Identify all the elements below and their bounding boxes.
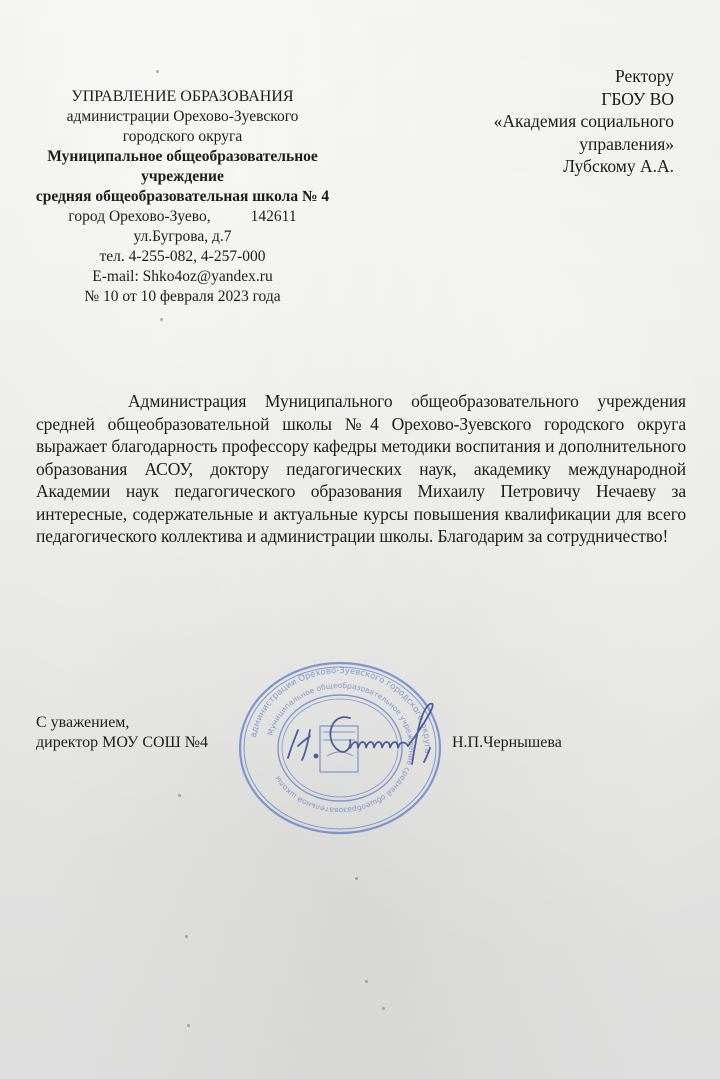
- sender-city: город Орехово-Зуево,: [68, 208, 210, 225]
- sender-postcode: 142611: [251, 208, 297, 225]
- recipient-org-type: ГБОУ ВО: [414, 88, 674, 111]
- sender-institution-type: Муниципальное общеобразовательное: [10, 147, 355, 167]
- sender-email: E-mail: Shko4oz@yandex.ru: [10, 267, 355, 287]
- recipient-block: Ректору ГБОУ ВО «Академия социального уп…: [414, 65, 674, 178]
- paper-speck: [178, 794, 181, 797]
- sender-letterhead: УПРАВЛЕНИЕ ОБРАЗОВАНИЯ администрации Оре…: [10, 87, 355, 307]
- paper-speck: [187, 1024, 190, 1027]
- sender-administration: администрации Орехово-Зуевского: [10, 107, 355, 127]
- paper-speck: [382, 1007, 385, 1010]
- closing-position: директор МОУ СОШ №4: [36, 733, 208, 753]
- letter-body-paragraph: Администрация Муниципального общеобразов…: [36, 390, 686, 548]
- sender-city-line: город Орехово-Зуево,142611: [10, 207, 355, 227]
- paper-speck: [160, 318, 163, 321]
- sender-district: городского округа: [10, 127, 355, 147]
- paper-speck: [365, 980, 368, 983]
- sender-department: УПРАВЛЕНИЕ ОБРАЗОВАНИЯ: [10, 87, 355, 107]
- signer-name: Н.П.Чернышева: [452, 733, 562, 753]
- sender-school-name: средняя общеобразовательная школа № 4: [10, 187, 355, 207]
- recipient-org-name: «Академия социального: [414, 110, 674, 133]
- paper-speck: [156, 70, 159, 73]
- recipient-title: Ректору: [414, 65, 674, 88]
- handwritten-signature-icon: [280, 700, 450, 770]
- paper-speck: [355, 877, 358, 880]
- paper-speck: [185, 935, 188, 938]
- sender-phone: тел. 4-255-082, 4-257-000: [10, 247, 355, 267]
- closing-block: С уважением, директор МОУ СОШ №4: [36, 713, 208, 753]
- letter-reference-number: № 10 от 10 февраля 2023 года: [10, 287, 355, 307]
- closing-regards: С уважением,: [36, 713, 208, 733]
- letter-page: УПРАВЛЕНИЕ ОБРАЗОВАНИЯ администрации Оре…: [0, 0, 720, 1079]
- sender-street: ул.Бугрова, д.7: [10, 227, 355, 247]
- recipient-org-name-2: управления»: [414, 133, 674, 156]
- sender-institution-type-2: учреждение: [10, 167, 355, 187]
- recipient-name: Лубскому А.А.: [414, 155, 674, 178]
